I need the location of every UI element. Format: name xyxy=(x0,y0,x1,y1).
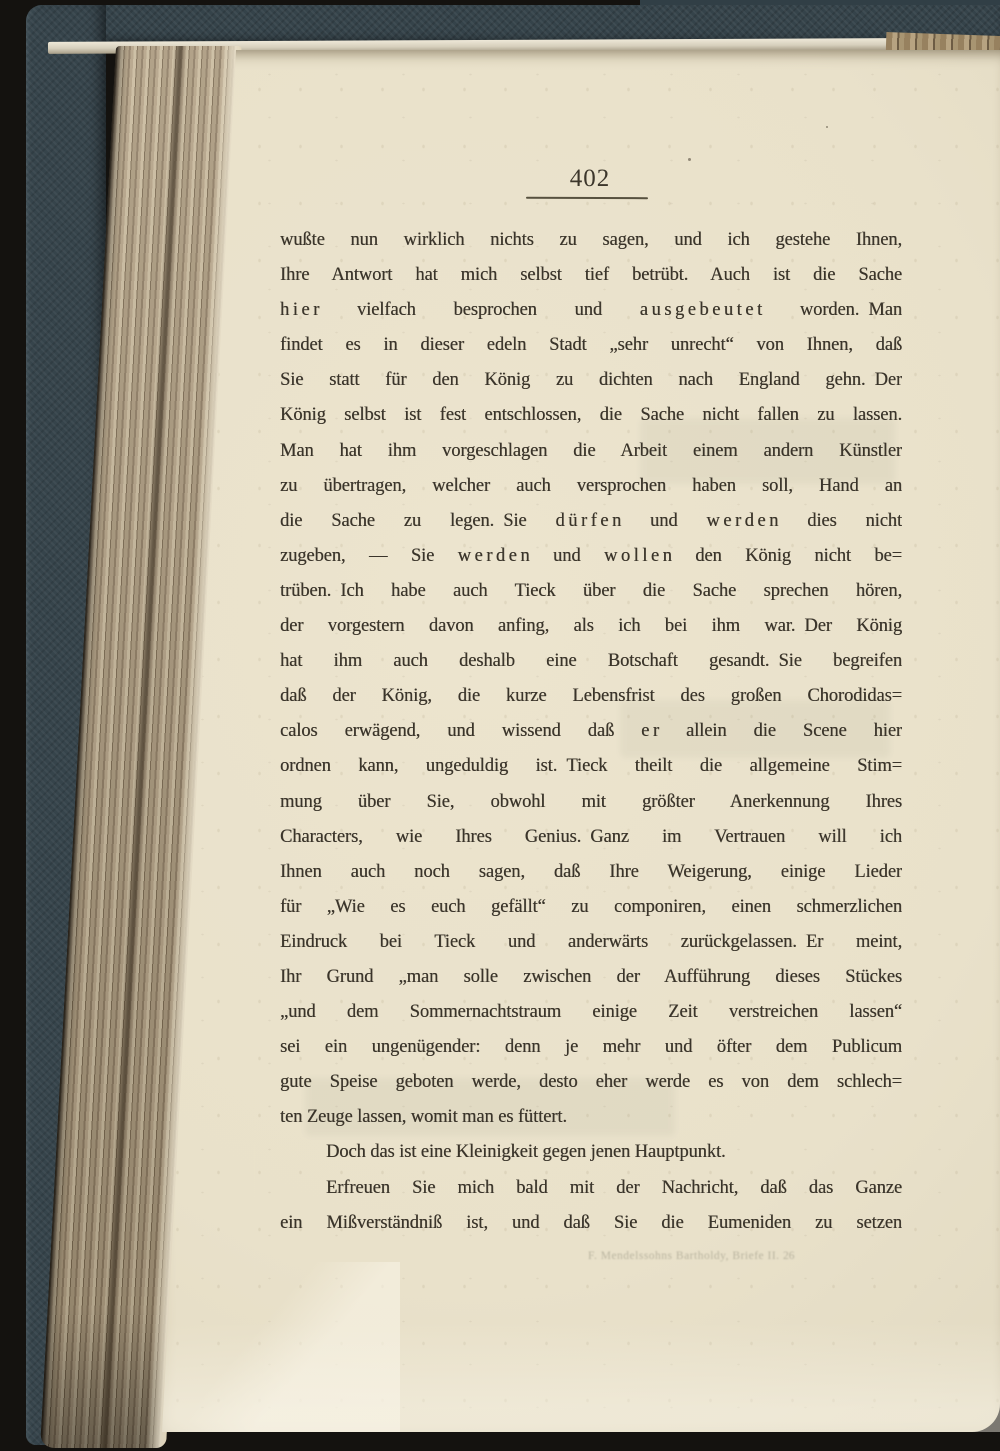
text-line: zugeben, — Sie w e r d e n und w o l l e… xyxy=(280,539,902,574)
text-line: Ihre Antwort hat mich selbst tief betrüb… xyxy=(280,258,902,293)
page-number: 402 xyxy=(540,164,640,194)
text-line: gute Speise geboten werde, desto eher we… xyxy=(280,1065,902,1100)
paper-fleck xyxy=(826,126,828,128)
text-line: h i e r vielfach besprochen und a u s g … xyxy=(280,293,902,328)
text-line: Ihnen auch noch sagen, daß Ihre Weigerun… xyxy=(280,855,902,890)
text-line: Man hat ihm vorgeschlagen die Arbeit ein… xyxy=(280,434,902,469)
scanned-book-photo: 402 wußte nun wirklich nichts zu sagen, … xyxy=(0,0,1000,1451)
text-line: Eindruck bei Tieck und anderwärts zurück… xyxy=(280,925,902,960)
text-line: findet es in dieser edeln Stadt „sehr un… xyxy=(280,328,902,363)
text-line: Doch das ist eine Kleinigkeit gegen jene… xyxy=(280,1135,902,1170)
text-line: der vorgestern davon anfing, als ich bei… xyxy=(280,609,902,644)
text-line: ordnen kann, ungeduldig ist. Tieck theil… xyxy=(280,749,902,784)
text-line: wußte nun wirklich nichts zu sagen, und … xyxy=(280,223,902,258)
paper-fleck xyxy=(688,158,691,161)
page-corner-highlight xyxy=(150,1262,400,1432)
text-line: Characters, wie Ihres Genius. Ganz im Ve… xyxy=(280,820,902,855)
text-line: daß der König, die kurze Lebensfrist des… xyxy=(280,679,902,714)
text-line: für „Wie es euch gefällt“ zu componiren,… xyxy=(280,890,902,925)
showthrough-signature-text: F. Mendelssohns Bartholdy, Briefe II. xyxy=(588,1250,780,1262)
text-line: ten Zeuge lassen, womit man es füttert. xyxy=(280,1100,902,1135)
text-line: mung über Sie, obwohl mit größter Anerke… xyxy=(280,785,902,820)
text-line: Sie statt für den König zu dichten nach … xyxy=(280,363,902,398)
text-line: Ihr Grund „man solle zwischen der Auffüh… xyxy=(280,960,902,995)
text-line: calos erwägend, und wissend daß e r alle… xyxy=(280,714,902,749)
showthrough-sheet-number: 26 xyxy=(783,1250,795,1262)
page-number-rule xyxy=(526,197,648,199)
text-line: König selbst ist fest entschlossen, die … xyxy=(280,398,902,433)
page-text: wußte nun wirklich nichts zu sagen, und … xyxy=(280,223,902,1241)
text-line: Erfreuen Sie mich bald mit der Nachricht… xyxy=(280,1171,902,1206)
text-line: zu übertragen, welcher auch versprochen … xyxy=(280,469,902,504)
text-line: trüben. Ich habe auch Tieck über die Sac… xyxy=(280,574,902,609)
text-line: „und dem Sommernachtstraum einige Zeit v… xyxy=(280,995,902,1030)
text-line: sei ein ungenügender: denn je mehr und ö… xyxy=(280,1030,902,1065)
text-line: hat ihm auch deshalb eine Botschaft gesa… xyxy=(280,644,902,679)
text-line: die Sache zu legen. Sie d ü r f e n und … xyxy=(280,504,902,539)
text-line: ein Mißverständniß ist, und daß Sie die … xyxy=(280,1206,902,1241)
